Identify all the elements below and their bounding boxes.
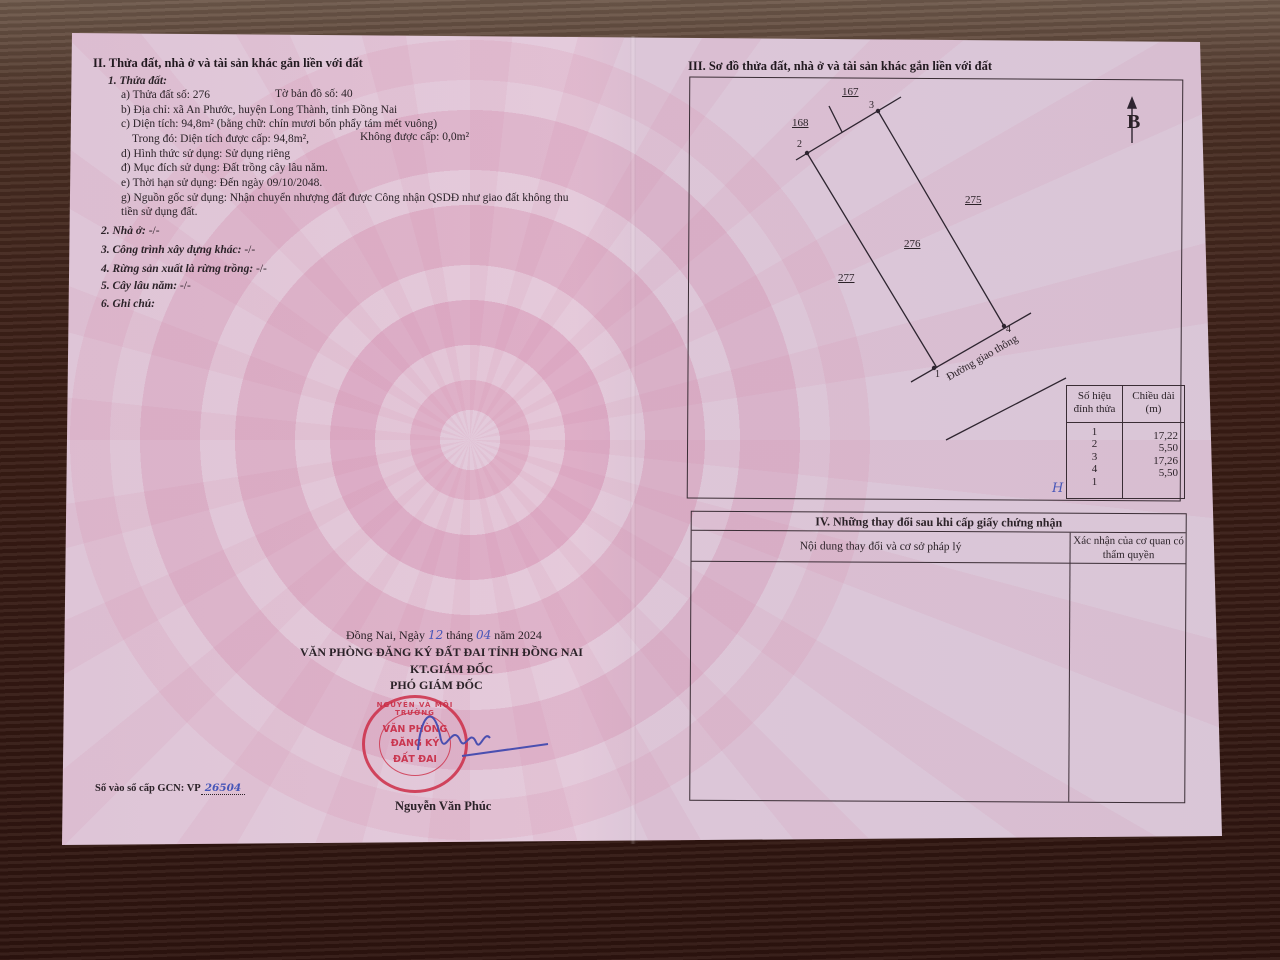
north-arrow-icon: B (1127, 111, 1140, 133)
initial-mark: H (1052, 482, 1063, 496)
vertex-3: 3 (869, 99, 874, 113)
parcel-label-167: 167 (842, 85, 859, 99)
authority-confirmation-header: Xác nhận của cơ quan có thẩm quyền (1071, 534, 1185, 565)
vertex-1: 1 (935, 368, 940, 382)
edge-table-header-length: Chiều dài (m) (1123, 390, 1184, 416)
edge-table-vertices: 1 2 3 4 1 (1067, 426, 1122, 488)
parcel-label-275: 275 (965, 193, 982, 207)
changes-content-header: Nội dung thay đổi và cơ sở pháp lý (692, 531, 1070, 563)
vertex-2: 2 (797, 138, 802, 152)
section4-title: IV. Những thay đổi sau khi cấp giấy chứn… (692, 512, 1186, 534)
parcel-label-276: 276 (904, 237, 921, 251)
parcel-label-277: 277 (838, 271, 855, 285)
parcel-label-168: 168 (792, 116, 809, 130)
edge-table-header-vertex: Số hiệu đỉnh thửa (1067, 390, 1122, 416)
edge-table-lengths: 17,22 5,50 17,26 5,50 (1123, 430, 1178, 480)
changes-table: IV. Những thay đổi sau khi cấp giấy chứn… (689, 511, 1187, 804)
edge-length-table: Số hiệu đỉnh thửa Chiều dài (m) 1 2 3 4 … (1066, 385, 1185, 499)
